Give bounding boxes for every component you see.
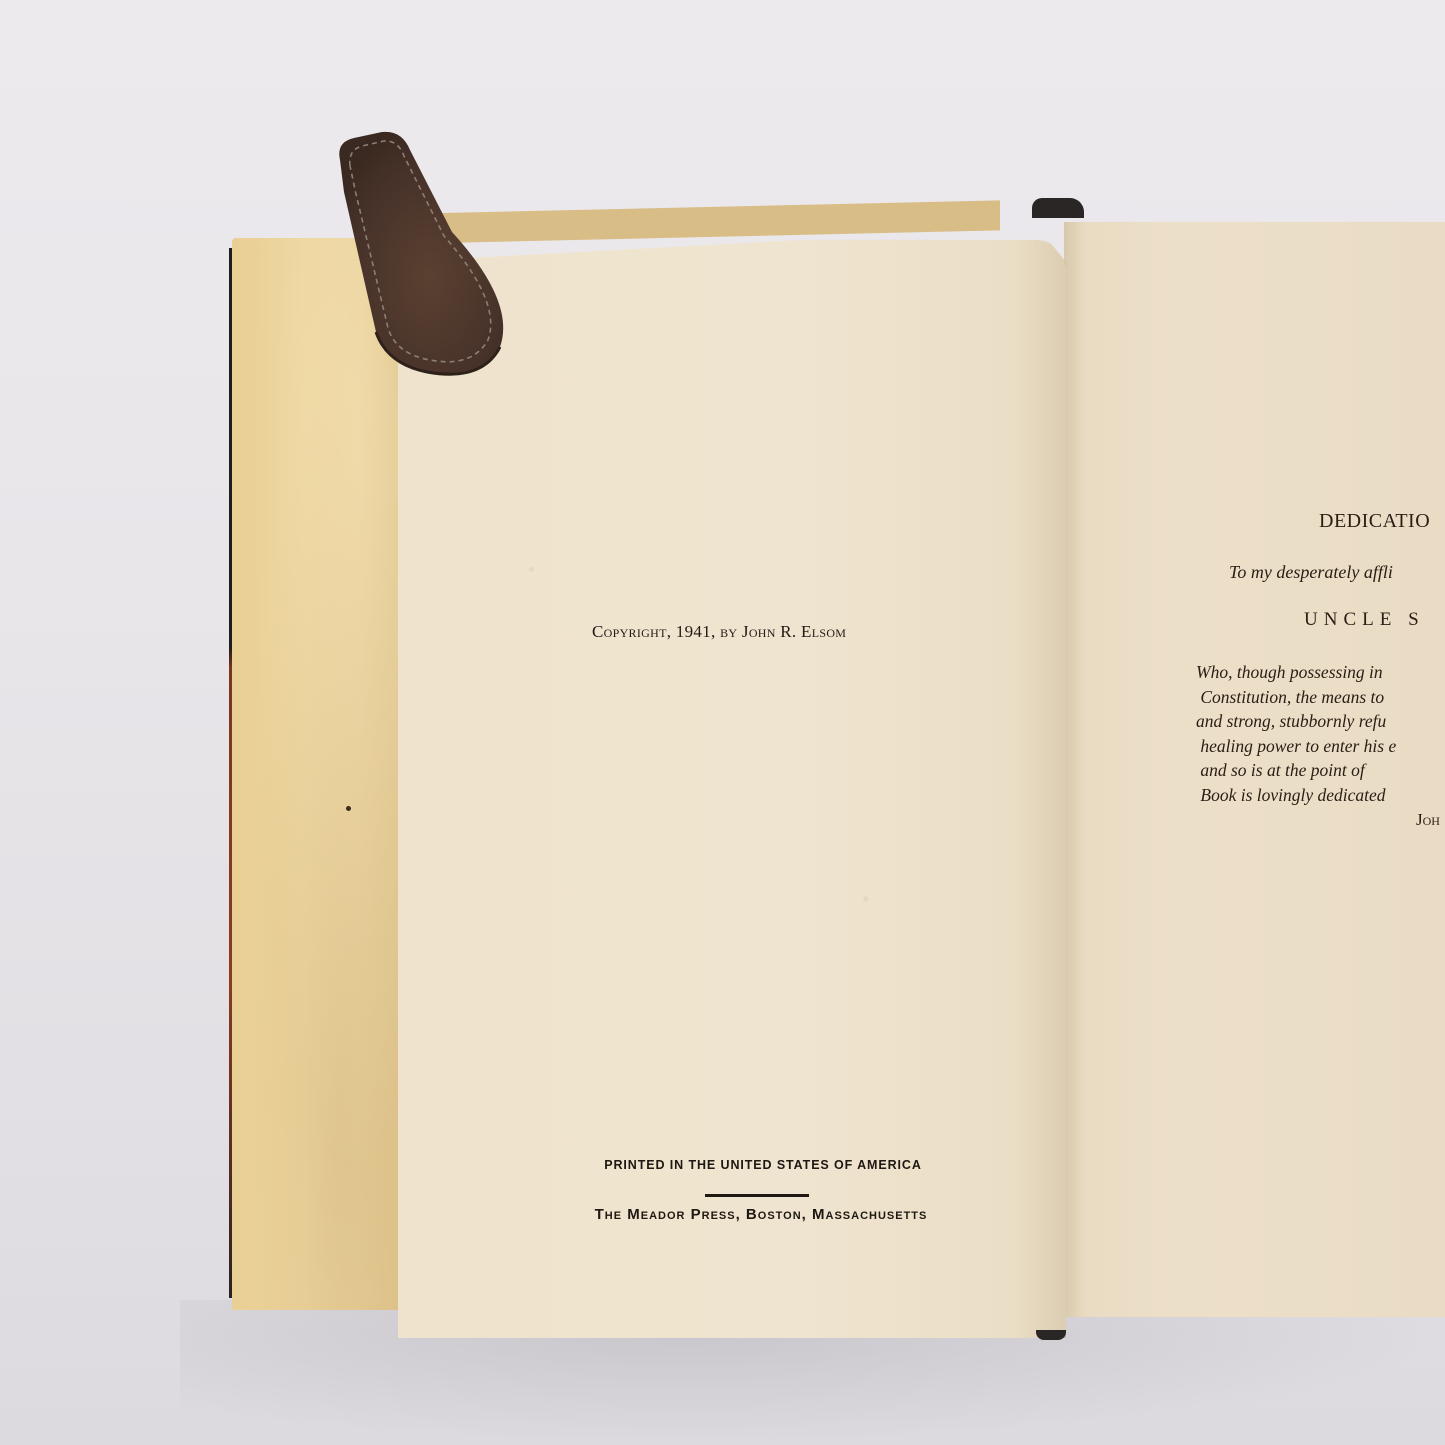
spine-top: [1032, 198, 1084, 218]
divider-rule: [705, 1194, 809, 1197]
publisher-line: The Meador Press, Boston, Massachusetts: [541, 1206, 981, 1223]
dedication-heading: DEDICATIO: [1319, 510, 1430, 533]
flyleaf-page: [232, 238, 412, 1310]
printed-in-line: PRINTED IN THE UNITED STATES OF AMERICA: [563, 1158, 963, 1172]
spine-bottom: [1036, 1330, 1066, 1340]
dedication-body: Who, though possessing in Constitution, …: [1196, 660, 1396, 807]
flyleaf-spot: [346, 806, 351, 811]
copyright-page: [398, 240, 1066, 1338]
leather-bookmark-icon: [332, 132, 516, 380]
dedication-to-line: To my desperately affli: [1229, 562, 1393, 583]
copyright-line: Copyright, 1941, by John R. Elsom: [592, 622, 922, 642]
paper-texture: [398, 240, 1066, 1338]
dedication-name: UNCLE S: [1304, 609, 1425, 631]
dedication-signature: Joh: [1416, 810, 1440, 830]
